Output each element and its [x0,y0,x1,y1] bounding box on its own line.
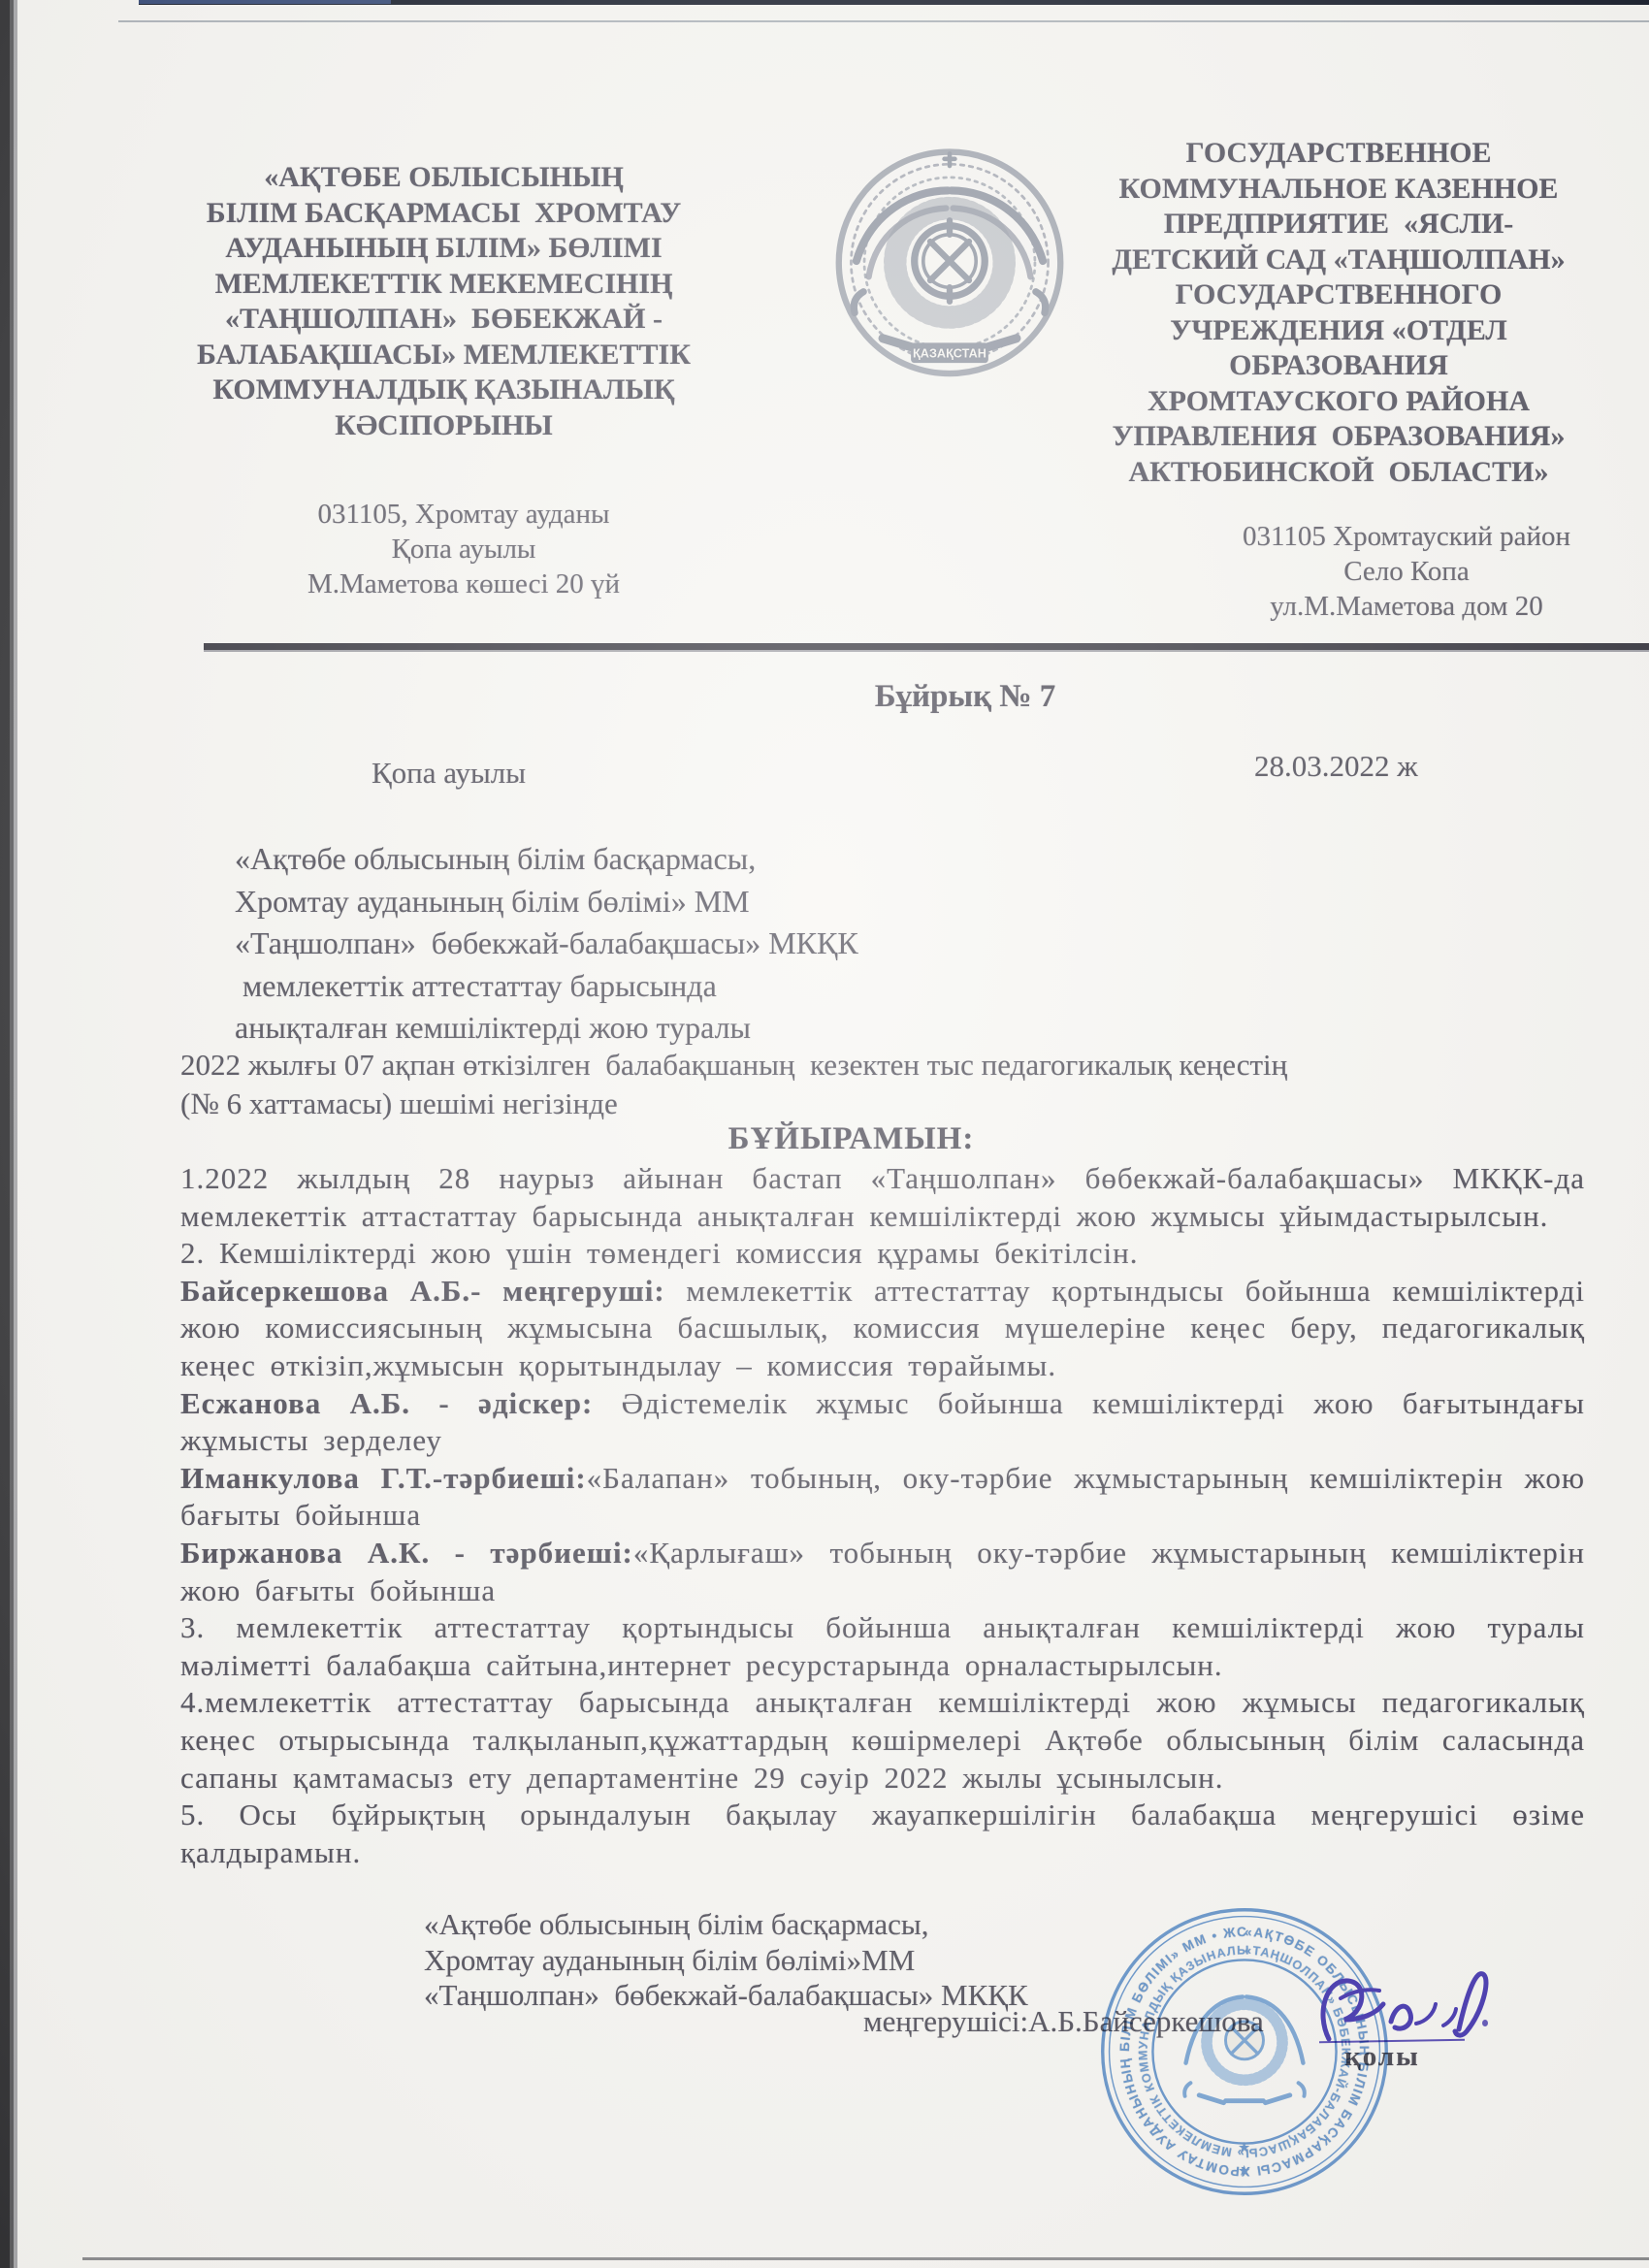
order-item-4: 4.мемлекеттік аттестаттау барысында анық… [180,1684,1585,1797]
kazakhstan-coat-of-arms-icon: ҚАЗАҚСТАН [818,129,1082,393]
scan-edge-top-line [118,20,1649,22]
handwritten-signature [1311,1961,1505,2058]
closing-org-block: «Ақтөбе облысының білім басқармасы, Хром… [424,1907,1028,2014]
order-preamble: 2022 жылғы 07 ақпан өткізілген балабақша… [180,1046,1589,1123]
order-item-5: 5. Осы бұйрықтың орындалуын бақылау жауа… [180,1797,1585,1871]
order-item-1: 1.2022 жылдың 28 наурыз айынан бастап «Т… [180,1160,1585,1235]
order-subject-block: «Ақтөбе облысының білім басқармасы, Хром… [235,838,858,1050]
order-title: Бұйрық № 7 [281,679,1649,715]
order-item-teacher-2: Биржанова А.К. - тәрбиеші:«Қарлығаш» тоб… [180,1535,1585,1609]
order-item-methodist: Есжанова А.Б. - әдіскер: Әдістемелік жұм… [180,1385,1585,1460]
resolve-word: БҰЙЫРАМЫН: [179,1121,1523,1157]
scan-edge-top-blue [139,0,391,4]
order-item-commission-chair: Байсеркешова А.Б.- меңгеруші: мемлекетті… [180,1273,1585,1385]
order-date: 28.03.2022 ж [1254,749,1418,784]
order-place: Қопа ауылы [372,756,526,791]
org-name-kazakh: «АҚТӨБЕ ОБЛЫСЫНЫҢ БІЛІМ БАСҚАРМАСЫ ХРОМТ… [165,160,723,443]
order-item-3: 3. мемлекеттік аттестаттау қортындысы бо… [180,1609,1585,1684]
address-russian: 031105 Хромтауский район Село Копа ул.М.… [1188,519,1625,624]
scan-edge-left [0,0,17,2268]
org-name-russian: ГОСУДАРСТВЕННОЕ КОММУНАЛЬНОЕ КАЗЕННОЕ ПР… [1067,136,1610,490]
header-divider-rule [204,643,1649,652]
order-item-teacher-1: Иманкулова Г.Т.-тәрбиеші:«Балапан» тобын… [180,1460,1585,1535]
scan-edge-bottom [82,2257,1649,2260]
stamp-star-1: ★ [1238,2140,1250,2155]
order-items: 1.2022 жылдың 28 наурыз айынан бастап «Т… [180,1160,1585,1871]
scanned-order-page: «АҚТӨБЕ ОБЛЫСЫНЫҢ БІЛІМ БАСҚАРМАСЫ ХРОМТ… [0,0,1649,2268]
stamp-center-emblem [1184,1996,1305,2102]
address-kazakh: 031105, Хромтау ауданы Қопа ауылы М.Маме… [245,497,682,601]
stamp-star-2: ★ [1238,2164,1250,2180]
emblem-banner-text: ҚАЗАҚСТАН [913,347,986,361]
order-item-2: 2. Кемшіліктерді жою үшін төмендегі коми… [180,1235,1585,1273]
